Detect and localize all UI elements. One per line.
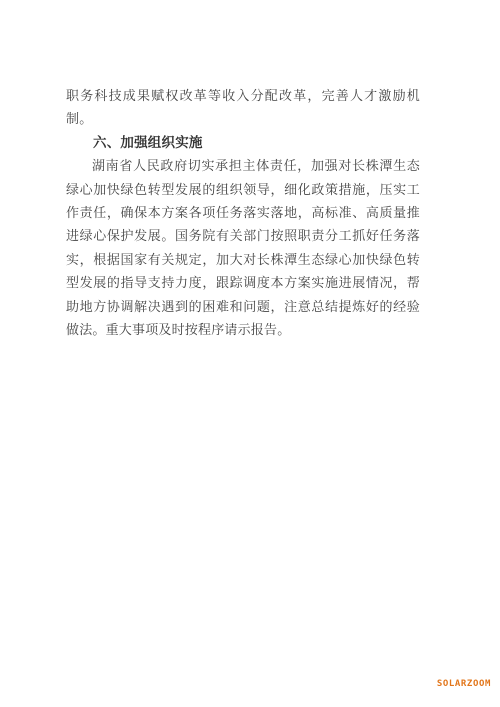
paragraph-body: 湖南省人民政府切实承担主体责任，加强对长株潭生态绿心加快绿色转型发展的组织领导，… bbox=[66, 154, 420, 341]
document-page: 职务科技成果赋权改革等收入分配改革，完善人才激励机制。 六、加强组织实施 湖南省… bbox=[0, 0, 500, 707]
section-heading: 六、加强组织实施 bbox=[66, 131, 420, 154]
document-content: 职务科技成果赋权改革等收入分配改革，完善人才激励机制。 六、加强组织实施 湖南省… bbox=[66, 84, 420, 341]
paragraph-continuation: 职务科技成果赋权改革等收入分配改革，完善人才激励机制。 bbox=[66, 84, 420, 131]
watermark-solarzoom: SOLARZOOM bbox=[437, 679, 491, 689]
